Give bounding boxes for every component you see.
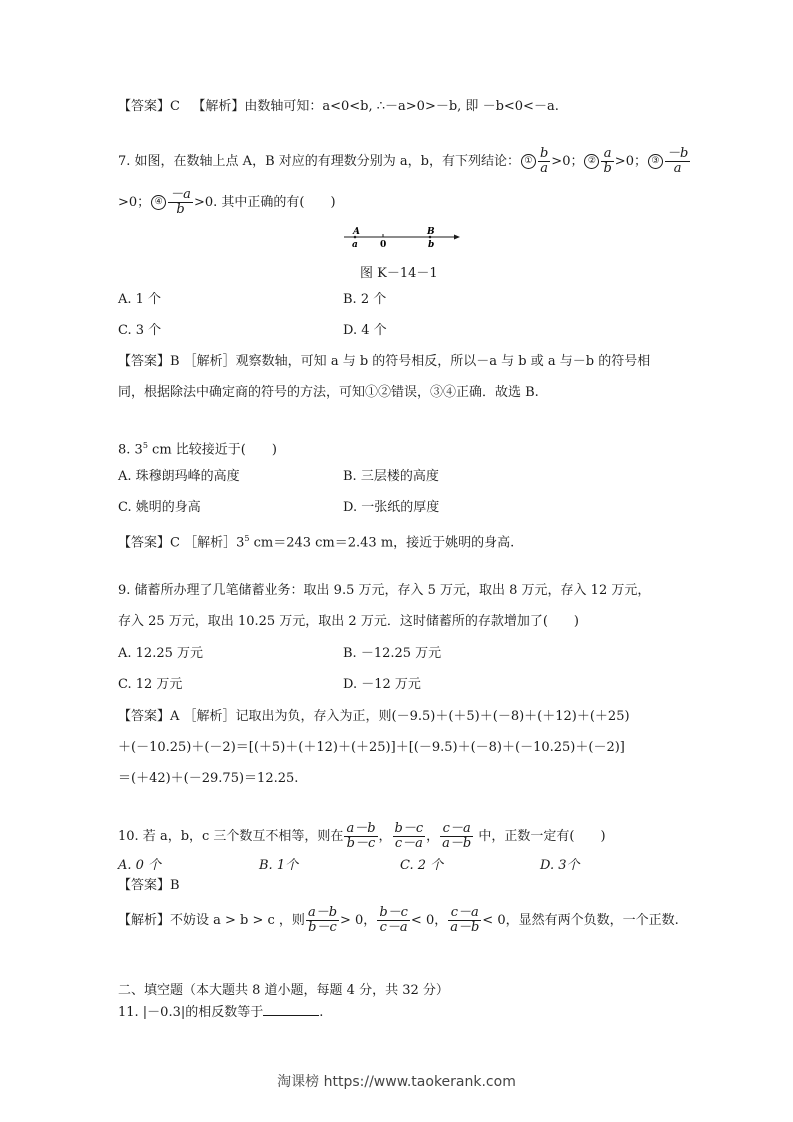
fraction: a－bb－c [306, 906, 339, 935]
fraction: －ba [665, 147, 690, 176]
svg-text:A: A [352, 227, 360, 237]
q9-option-c: C. 12 万元 [118, 676, 182, 694]
analysis-text: 由数轴可知：a<0<b, ∴－a>0>－b, 即 －b<0<－a. [244, 99, 558, 114]
q11-stem: 11. |－0.3|的相反数等于. [118, 1003, 323, 1022]
q7-option-b: B. 2 个 [343, 291, 386, 309]
q9-answer-line1: 【答案】A ［解析］记取出为负，存入为正，则(－9.5)＋(＋5)＋(－8)＋(… [118, 708, 630, 726]
q7-option-c: C. 3 个 [118, 322, 161, 340]
q8-stem: 8. 35 cm 比较接近于( ) [118, 437, 277, 459]
q9-stem-line2: 存入 25 万元，取出 10.25 万元，取出 2 万元．这时储蓄所的存款增加了… [118, 613, 579, 631]
svg-text:a: a [352, 240, 358, 248]
q9-answer-line2: ＋(－10.25)＋(－2)＝[(＋5)＋(＋12)＋(＋25)]＋[(－9.5… [118, 739, 625, 757]
q10-analysis: 【解析】不妨设 a > b > c ，则a－bb－c> 0，b－cc－a< 0，… [118, 906, 679, 935]
q8-option-d: D. 一张纸的厚度 [343, 499, 439, 517]
question-number: 7. [118, 154, 130, 169]
q7-option-d: D. 4 个 [343, 322, 387, 340]
q7-answer-line1: 【答案】B ［解析］观察数轴，可知 a 与 b 的符号相反，所以－a 与 b 或… [118, 353, 650, 371]
fraction: b－cc－a [393, 822, 426, 851]
fraction: ba [538, 147, 550, 176]
analysis-label: 【解析】 [192, 99, 244, 114]
fraction: b－cc－a [377, 906, 410, 935]
fraction: a－bb－c [344, 822, 377, 851]
figure-caption: 图 K－14－1 [360, 262, 438, 281]
q10-option-d: D. 3个 [540, 857, 580, 875]
fraction: c－aa－b [440, 822, 473, 851]
circled-number: ① [521, 154, 536, 169]
q7-stem-line2: >0；④－ab>0. 其中正确的有( ) [118, 188, 336, 217]
fraction: c－aa－b [448, 906, 481, 935]
q10-option-b: B. 1个 [259, 857, 298, 875]
q10-option-a: A. 0 个 [118, 857, 161, 875]
svg-text:0: 0 [380, 240, 386, 248]
answer-blank [263, 1003, 319, 1016]
q8-answer: 【答案】C ［解析］35 cm＝243 cm＝2.43 m，接近于姚明的身高. [118, 530, 514, 552]
q8-option-a: A. 珠穆朗玛峰的高度 [118, 468, 240, 486]
q9-option-b: B. －12.25 万元 [343, 645, 441, 663]
circled-number: ③ [648, 154, 663, 169]
fraction: －ab [168, 188, 193, 217]
circled-number: ② [584, 154, 599, 169]
q7-stem-line1: 7. 如图，在数轴上点 A，B 对应的有理数分别为 a，b，有下列结论：①ba>… [118, 147, 691, 176]
number-line-figure: A a 0 B b [344, 226, 460, 248]
q9-answer-line3: ＝(＋42)＋(－29.75)＝12.25. [118, 770, 298, 788]
question-stem: 如图，在数轴上点 A，B 对应的有理数分别为 a，b，有下列结论： [135, 154, 520, 169]
q7-option-a: A. 1 个 [118, 291, 161, 309]
q10-answer: 【答案】B [118, 877, 180, 895]
footer-watermark: 淘课榜 https://www.taokerank.com [0, 1071, 793, 1091]
circled-number: ④ [151, 195, 166, 210]
q8-option-c: C. 姚明的身高 [118, 499, 201, 517]
q10-option-c: C. 2 个 [400, 857, 443, 875]
q6-answer: 【答案】C 【解析】由数轴可知：a<0<b, ∴－a>0>－b, 即 －b<0<… [118, 98, 559, 116]
q7-answer-line2: 同，根据除法中确定商的符号的方法，可知①②错误，③④正确．故选 B. [118, 384, 539, 402]
q8-option-b: B. 三层楼的高度 [343, 468, 439, 486]
q9-option-a: A. 12.25 万元 [118, 645, 203, 663]
fraction: ab [601, 147, 613, 176]
answer-label: 【答案】C [118, 99, 180, 114]
section-heading: 二、填空题（本大题共 8 道小题，每题 4 分，共 32 分） [118, 982, 449, 1000]
q9-stem-line1: 9. 储蓄所办理了几笔储蓄业务：取出 9.5 万元，存入 5 万元，取出 8 万… [118, 582, 650, 600]
svg-text:B: B [426, 227, 435, 237]
q9-option-d: D. －12 万元 [343, 676, 421, 694]
svg-text:b: b [428, 240, 434, 248]
q10-stem: 10. 若 a，b，c 三个数互不相等，则在a－bb－c，b－cc－a，c－aa… [118, 822, 606, 851]
